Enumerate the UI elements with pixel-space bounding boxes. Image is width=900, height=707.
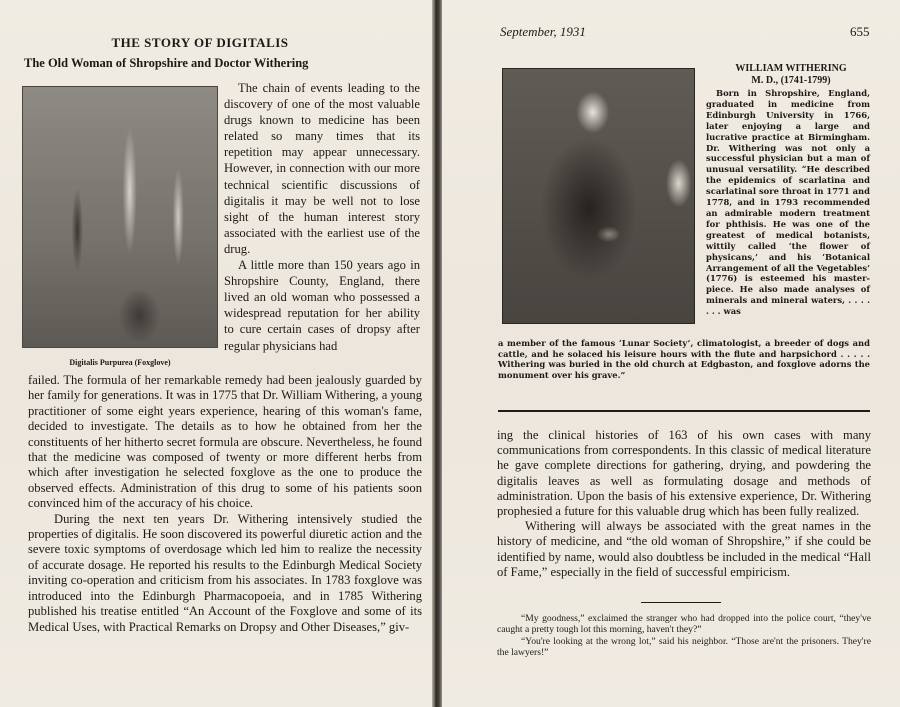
foxglove-photo [22,86,218,348]
intro-column: The chain of events leading to the disco… [224,80,420,354]
article-title: THE STORY OF DIGITALIS [100,35,300,51]
bio-column: Born in Shropshire, England, graduated i… [706,88,870,317]
bio-text: Born in Shropshire, England, graduated i… [706,88,870,317]
magazine-spread: THE STORY OF DIGITALIS The Old Woman of … [0,0,900,707]
short-divider [641,602,721,603]
paragraph: Withering will always be associated with… [497,519,871,580]
photo-caption: Digitalis Purpurea (Foxglove) [22,358,218,367]
bio-heading: WILLIAM WITHERING M. D., (1741-1799) [706,63,876,87]
anecdote-line: “My goodness,” exclaimed the stranger wh… [497,613,871,636]
paragraph: A little more than 150 years ago in Shro… [224,257,420,354]
withering-portrait [502,68,695,324]
anecdote: “My goodness,” exclaimed the stranger wh… [497,613,871,659]
bio-name: WILLIAM WITHERING [706,63,876,75]
bio-text: a member of the famous ‘Lunar Society’, … [498,338,870,380]
page-number: 655 [850,24,870,40]
paragraph: The chain of events leading to the disco… [224,80,420,257]
article-subtitle: The Old Woman of Shropshire and Doctor W… [24,56,384,71]
left-page: THE STORY OF DIGITALIS The Old Woman of … [0,0,434,707]
right-body-text: ing the clinical histories of 163 of his… [497,428,871,580]
paragraph: failed. The formula of her remarkable re… [28,373,422,512]
section-divider [498,410,870,412]
bio-credentials: M. D., (1741-1799) [706,75,876,87]
running-head: September, 1931 [500,24,586,40]
bio-continuation: a member of the famous ‘Lunar Society’, … [498,338,870,380]
left-body-text: failed. The formula of her remarkable re… [28,373,422,635]
paragraph: During the next ten years Dr. Withering … [28,512,422,635]
paragraph: ing the clinical histories of 163 of his… [497,428,871,519]
anecdote-line: “You're looking at the wrong lot,” said … [497,636,871,659]
